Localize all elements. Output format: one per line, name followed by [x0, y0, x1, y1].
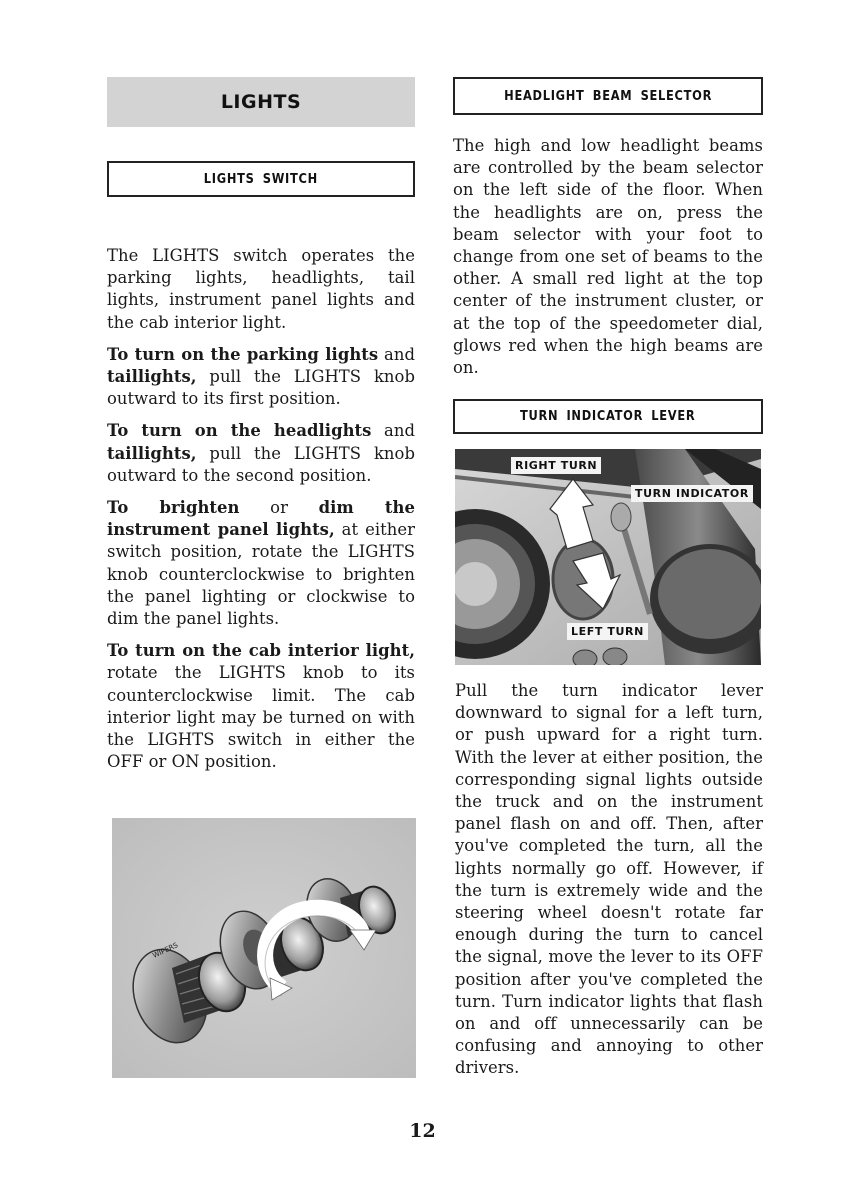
right-column: HEADLIGHT BEAM SELECTOR The high and low…	[453, 77, 763, 379]
paragraph-turn-indicator: Pull the turn indicator lever downward t…	[455, 680, 763, 1080]
subsection-title-lights-switch: LIGHTS SWITCH	[107, 161, 415, 197]
knobs-illustration: WIPERS	[112, 818, 416, 1078]
label-left-turn: LEFT TURN	[567, 623, 648, 640]
lights-switch-body: The LIGHTS switch operates the parking l…	[107, 245, 415, 773]
left-column: LIGHTS LIGHTS SWITCH The LIGHTS switch o…	[107, 77, 415, 773]
page-number: 12	[0, 1120, 845, 1142]
label-turn-indicator: TURN INDICATOR	[631, 485, 753, 502]
paragraph-parking-lights: To turn on the parking lights and tailli…	[107, 344, 415, 411]
subsection-title-turn-indicator-lever: TURN INDICATOR LEVER	[453, 399, 763, 434]
paragraph-headlights: To turn on the headlights and taillights…	[107, 420, 415, 487]
paragraph-cab-interior-light: To turn on the cab interior light, rotat…	[107, 640, 415, 773]
paragraph-panel-dimming: To brighten or dim the instrument panel …	[107, 497, 415, 630]
label-right-turn: RIGHT TURN	[511, 457, 601, 474]
subsection-title-headlight-beam-selector: HEADLIGHT BEAM SELECTOR	[453, 77, 763, 115]
turn-indicator-body: Pull the turn indicator lever downward t…	[455, 680, 763, 1080]
section-title-lights: LIGHTS	[107, 77, 415, 127]
paragraph-beam-selector: The high and low headlight beams are con…	[453, 135, 763, 379]
paragraph-lights-intro: The LIGHTS switch operates the parking l…	[107, 245, 415, 334]
turn-indicator-photo: RIGHT TURN TURN INDICATOR LEFT TURN	[455, 449, 761, 665]
knobs-rotation-figure: WIPERS	[112, 818, 416, 1078]
